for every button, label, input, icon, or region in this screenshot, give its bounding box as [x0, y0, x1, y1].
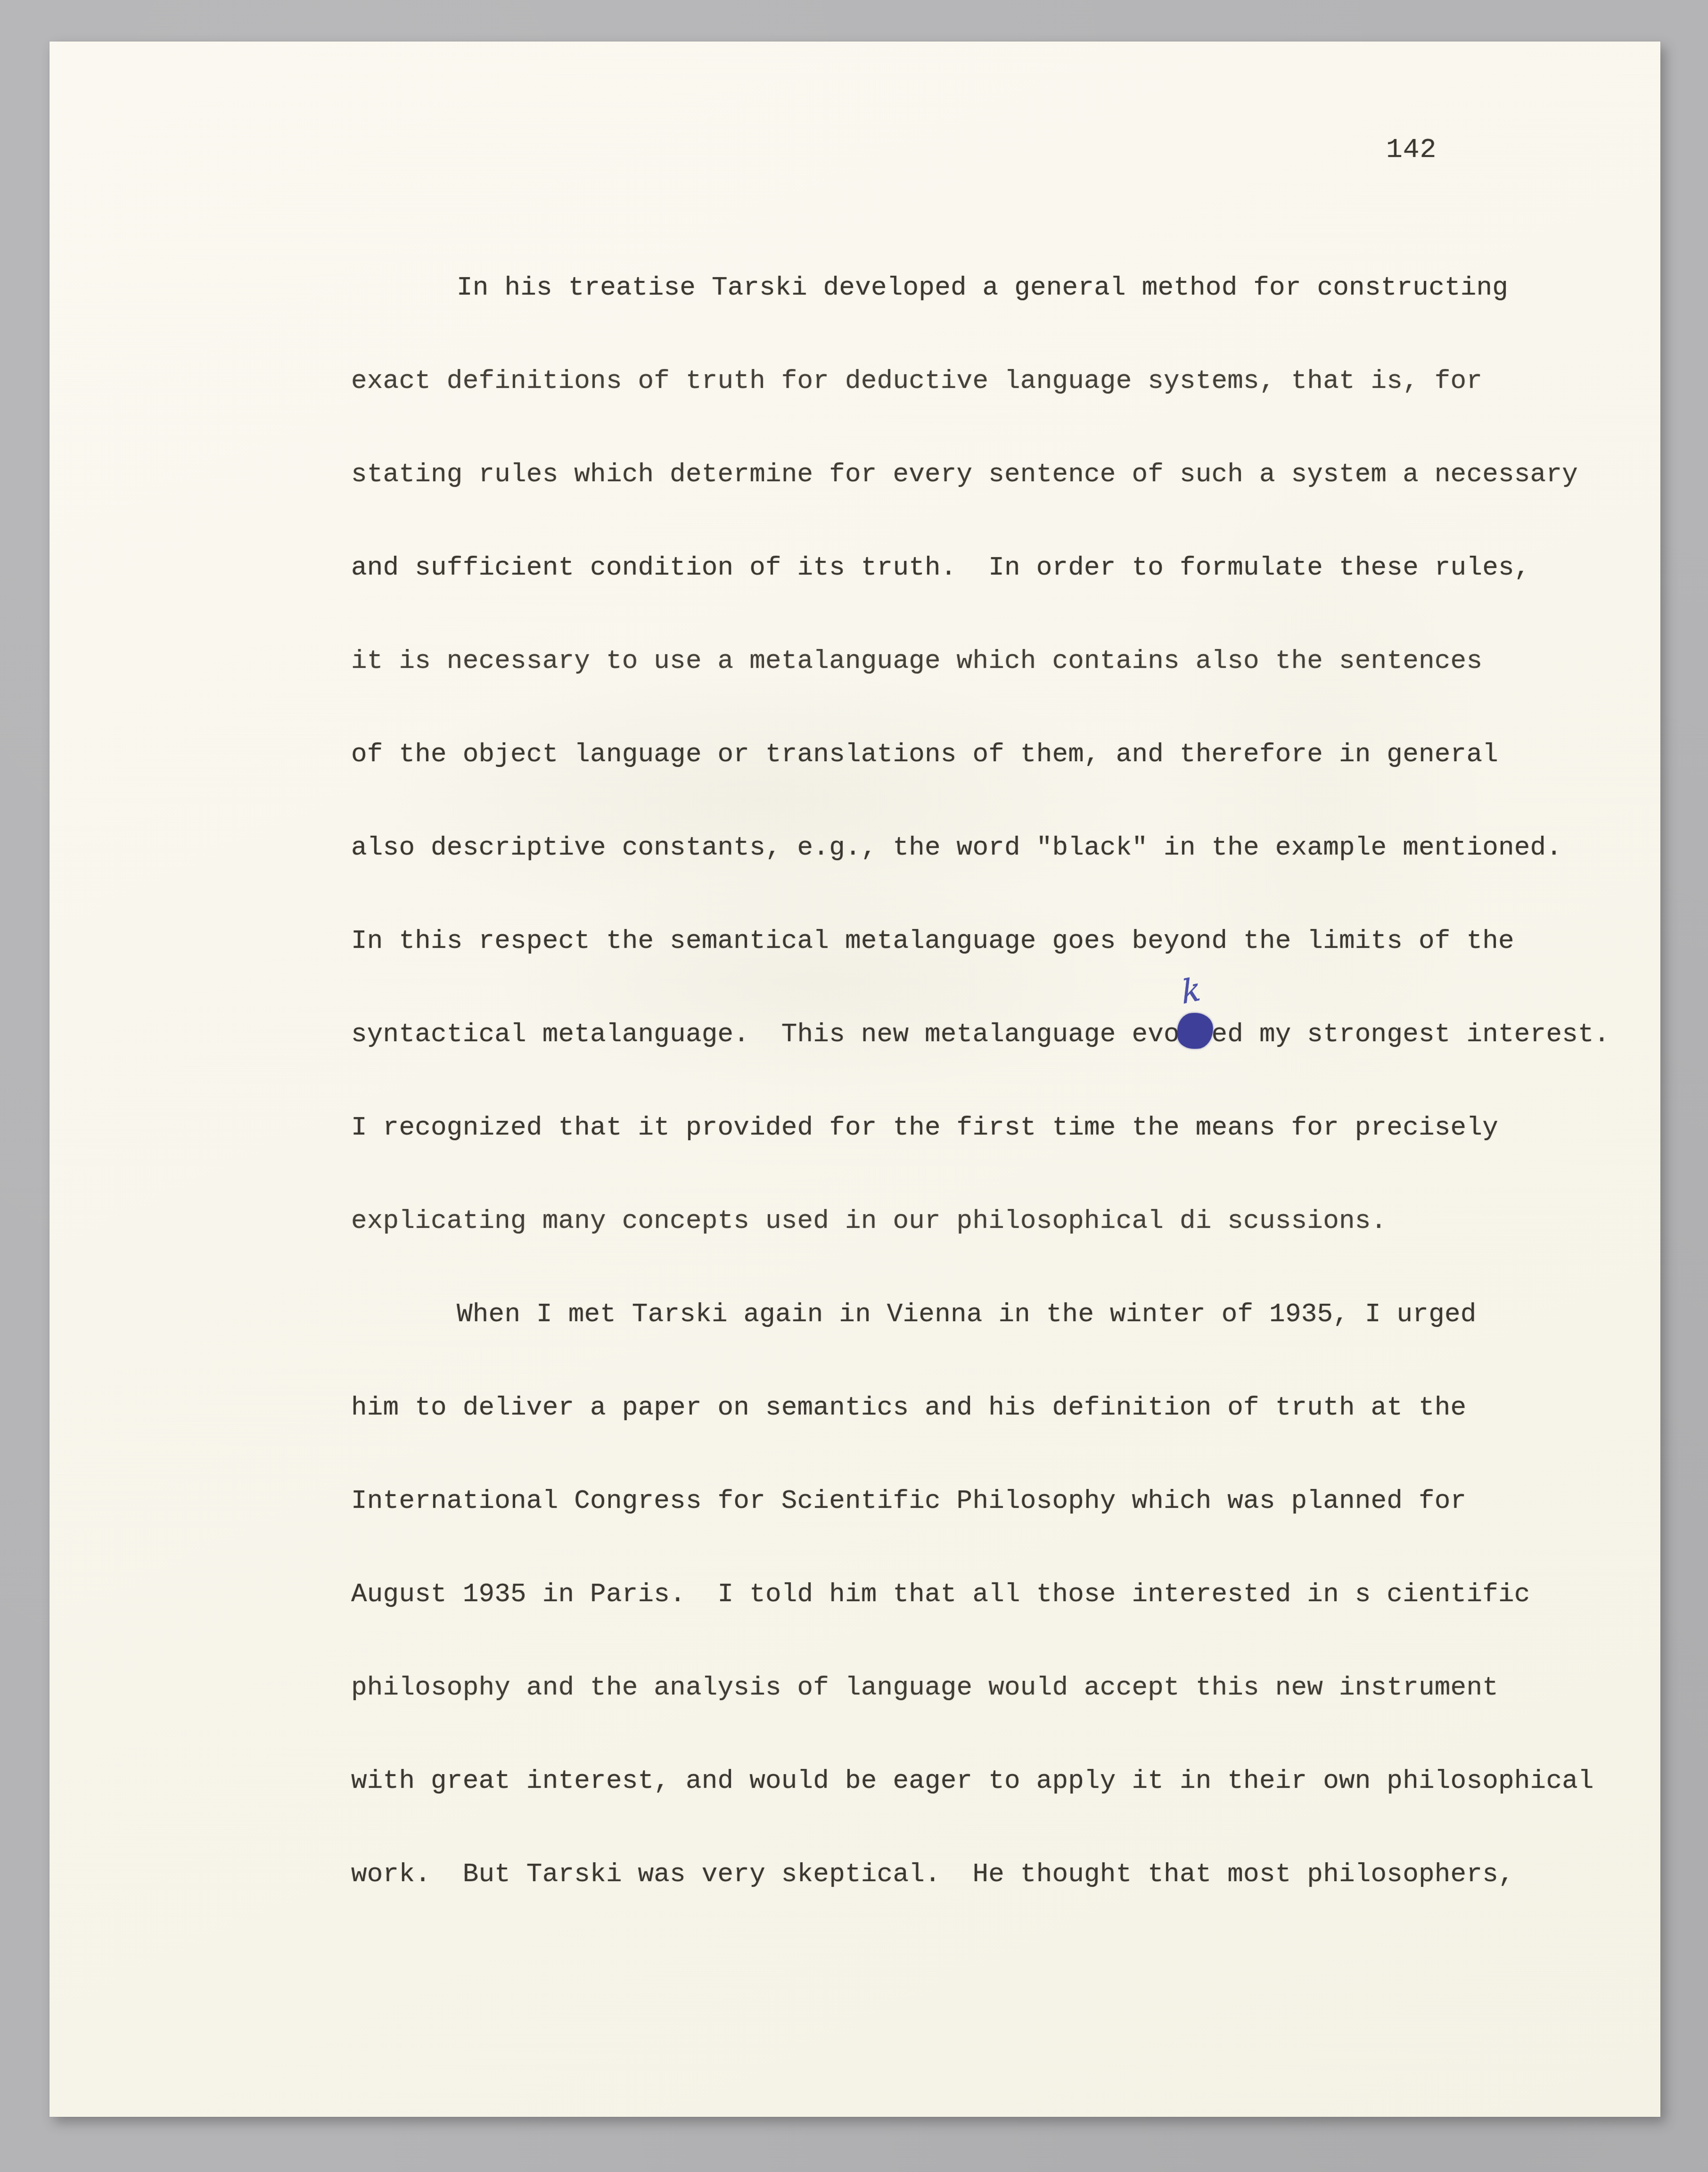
obscured-typed-letters: lv — [1180, 1019, 1212, 1049]
typed-line: him to deliver a paper on semantics and … — [351, 1390, 1642, 1484]
typed-line: In his treatise Tarski developed a gener… — [351, 271, 1642, 364]
typed-text: syntactical metalanguage. This new metal… — [351, 1019, 1180, 1049]
typed-line: August 1935 in Paris. I told him that al… — [351, 1577, 1642, 1670]
typed-line: syntactical metalanguage. This new metal… — [351, 1017, 1642, 1111]
typed-text: ed my strongest interest. — [1212, 1019, 1610, 1049]
typed-line: philosophy and the analysis of language … — [351, 1670, 1642, 1764]
typed-line: it is necessary to use a metalanguage wh… — [351, 644, 1642, 737]
typed-line: also descriptive constants, e.g., the wo… — [351, 831, 1642, 924]
typed-line: explicating many concepts used in our ph… — [351, 1204, 1642, 1297]
scanned-document: 142 In his treatise Tarski developed a g… — [0, 0, 1708, 2172]
typed-line: stating rules which determine for every … — [351, 457, 1642, 551]
typed-line: and sufficient condition of its truth. I… — [351, 551, 1642, 644]
typed-line: with great interest, and would be eager … — [351, 1764, 1642, 1857]
typed-line: International Congress for Scientific Ph… — [351, 1484, 1642, 1577]
typed-line: When I met Tarski again in Vienna in the… — [351, 1297, 1642, 1390]
typed-line: work. But Tarski was very skeptical. He … — [351, 1857, 1642, 1950]
typed-line: In this respect the semantical metalangu… — [351, 924, 1642, 1017]
document-page: 142 In his treatise Tarski developed a g… — [49, 41, 1660, 2117]
typed-text-block: In his treatise Tarski developed a gener… — [351, 271, 1642, 1950]
handwritten-correction-letter: k — [1181, 974, 1202, 1008]
typed-line: I recognized that it provided for the fi… — [351, 1111, 1642, 1204]
typed-line: exact definitions of truth for deductive… — [351, 364, 1642, 457]
typed-line: of the object language or translations o… — [351, 737, 1642, 831]
ink-blot-correction: lvk — [1180, 1017, 1212, 1051]
page-number: 142 — [1386, 134, 1437, 167]
